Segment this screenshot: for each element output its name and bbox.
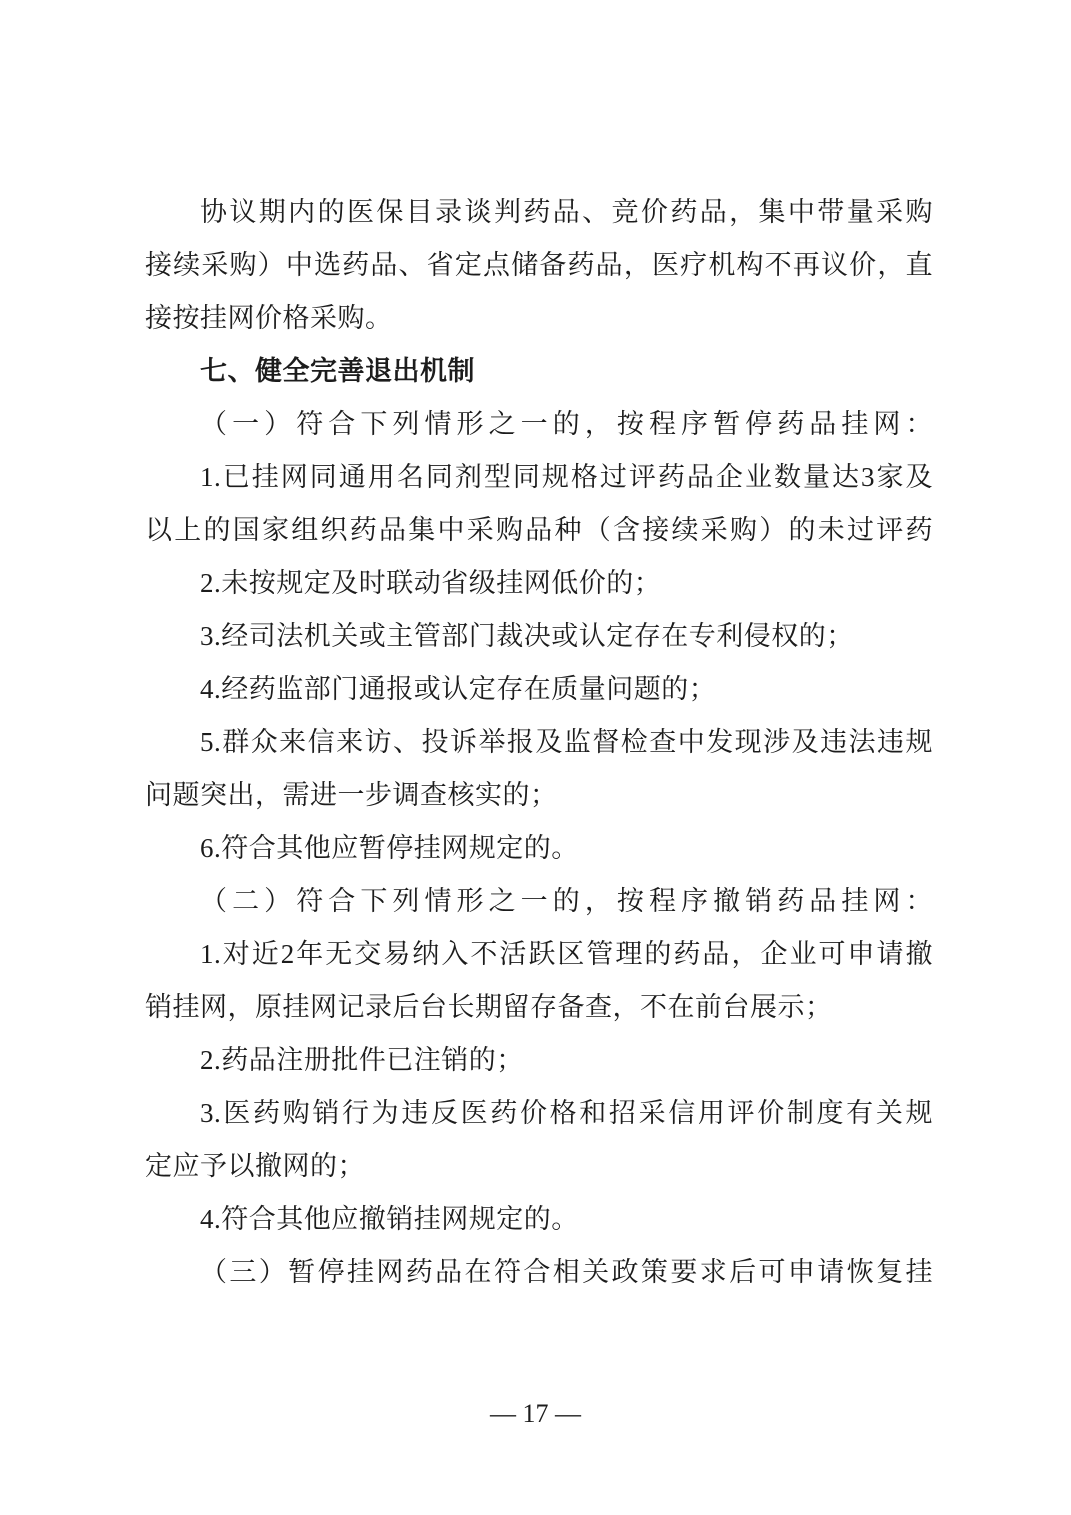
sub1-item-3: 3.经司法机关或主管部门裁决或认定存在专利侵权的； <box>145 610 933 663</box>
sub1-item-5-line-2: 问题突出，需进一步调查核实的； <box>145 769 933 822</box>
document-body: 协议期内的医保目录谈判药品、竞价药品，集中带量采购（含 接续采购）中选药品、省定… <box>145 186 933 1299</box>
subsection-1-heading: （一）符合下列情形之一的，按程序暂停药品挂网： <box>145 398 933 451</box>
sub1-item-4: 4.经药监部门通报或认定存在质量问题的； <box>145 663 933 716</box>
sub2-item-3-line-1: 3.医药购销行为违反医药价格和招采信用评价制度有关规 <box>145 1087 933 1140</box>
sub1-item-5-line-1: 5.群众来信来访、投诉举报及监督检查中发现涉及违法违规 <box>145 716 933 769</box>
intro-paragraph-line-1: 协议期内的医保目录谈判药品、竞价药品，集中带量采购（含 <box>145 186 933 239</box>
document-page: 协议期内的医保目录谈判药品、竞价药品，集中带量采购（含 接续采购）中选药品、省定… <box>0 0 1071 1515</box>
sub1-item-6: 6.符合其他应暂停挂网规定的。 <box>145 822 933 875</box>
subsection-2-heading: （二）符合下列情形之一的，按程序撤销药品挂网： <box>145 875 933 928</box>
section-heading: 七、健全完善退出机制 <box>145 345 933 398</box>
page-footer: — 17 — <box>0 1396 1071 1432</box>
sub2-item-3-line-2: 定应予以撤网的； <box>145 1140 933 1193</box>
intro-paragraph-line-3: 接按挂网价格采购。 <box>145 292 933 345</box>
sub2-item-4: 4.符合其他应撤销挂网规定的。 <box>145 1193 933 1246</box>
subsection-3-heading-line-1: （三）暂停挂网药品在符合相关政策要求后可申请恢复挂 <box>145 1246 933 1299</box>
page-number: — 17 — <box>490 1399 581 1428</box>
sub1-item-1-line-2: 以上的国家组织药品集中采购品种（含接续采购）的未过评药品； <box>145 504 933 557</box>
sub2-item-1-line-2: 销挂网，原挂网记录后台长期留存备查，不在前台展示； <box>145 981 933 1034</box>
sub1-item-2: 2.未按规定及时联动省级挂网低价的； <box>145 557 933 610</box>
sub2-item-1-line-1: 1.对近2年无交易纳入不活跃区管理的药品，企业可申请撤 <box>145 928 933 981</box>
intro-paragraph-line-2: 接续采购）中选药品、省定点储备药品，医疗机构不再议价，直 <box>145 239 933 292</box>
sub1-item-1-line-1: 1.已挂网同通用名同剂型同规格过评药品企业数量达3家及 <box>145 451 933 504</box>
sub2-item-2: 2.药品注册批件已注销的； <box>145 1034 933 1087</box>
